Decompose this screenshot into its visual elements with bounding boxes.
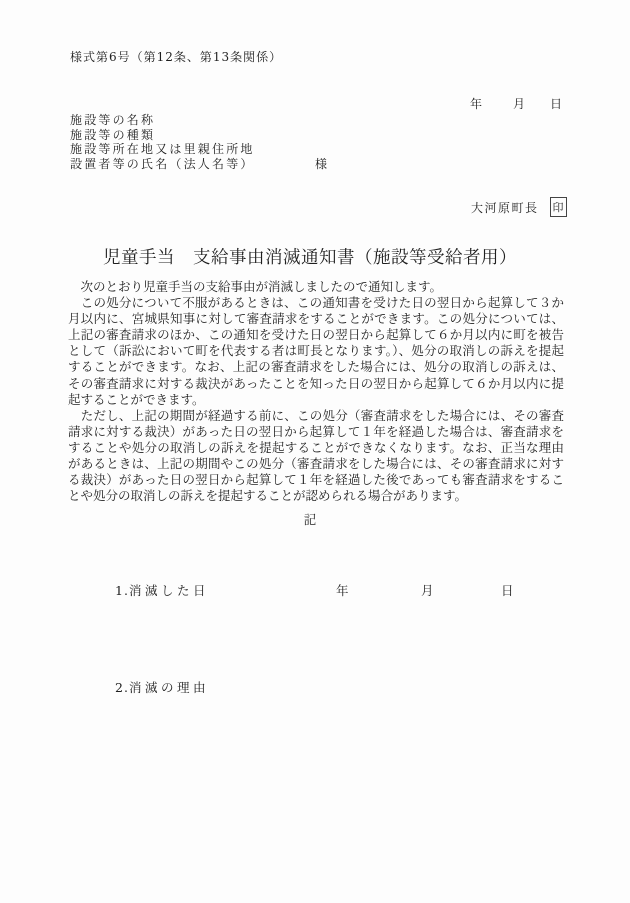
issue-date-day-label: 日 [550,95,562,112]
item1-year-label: 年 [336,581,349,599]
item1-number: 1. [115,583,129,598]
issuer-line: 大河原町長 印 [471,197,567,217]
notification-paragraph: 次のとおり児童手当の支給事由が消滅しましたので通知します。 [68,279,564,295]
founder-name-line: 設置者等の氏名（法人名等） 様 [70,157,255,172]
document-title: 児童手当 支給事由消滅通知書（施設等受給者用） [0,244,620,269]
founder-name-label: 設置者等の氏名（法人名等） [70,157,255,171]
item1-label: 消滅した日 [129,583,209,598]
item2-label: 消滅の理由 [129,680,209,695]
item-extinction-reason-label: 2.消滅の理由 [115,678,209,696]
seal-label: 印 [553,199,564,215]
form-number: 様式第6号（第12条、第13条関係） [70,48,282,65]
appeal-rights-paragraph: この処分について不服があるときは、この通知書を受けた日の翌日から起算して３か月以… [68,295,564,408]
item2-number: 2. [115,680,129,695]
issue-date-month-label: 月 [513,95,525,112]
issue-date-line: 年 月 日 [0,95,630,111]
facility-address-label: 施設等所在地又は里親住所地 [70,142,255,157]
document-page: 様式第6号（第12条、第13条関係） 年 月 日 施設等の名称 施設等の種類 施… [0,0,630,903]
item1-day-label: 日 [501,581,514,599]
facility-name-label: 施設等の名称 [70,113,255,128]
item-extinction-date-label: 1.消滅した日 [115,581,209,599]
item-extinction-date: 1.消滅した日 年 月 日 [0,581,630,599]
issue-date-year-label: 年 [470,95,482,112]
record-marker: 記 [0,510,620,528]
body-text: 次のとおり児童手当の支給事由が消滅しましたので通知します。 この処分について不服… [68,279,564,504]
item-extinction-reason: 2.消滅の理由 [0,678,630,696]
honorific-label: 様 [315,157,327,172]
facility-type-label: 施設等の種類 [70,128,255,143]
deadline-exception-paragraph: ただし、上記の期間が経過する前に、この処分（審査請求をした場合には、その審査請求… [68,408,564,505]
recipient-block: 施設等の名称 施設等の種類 施設等所在地又は里親住所地 設置者等の氏名（法人名等… [70,113,255,171]
item1-month-label: 月 [421,581,434,599]
seal-box: 印 [550,197,567,217]
mayor-title-label: 大河原町長 [471,199,539,216]
